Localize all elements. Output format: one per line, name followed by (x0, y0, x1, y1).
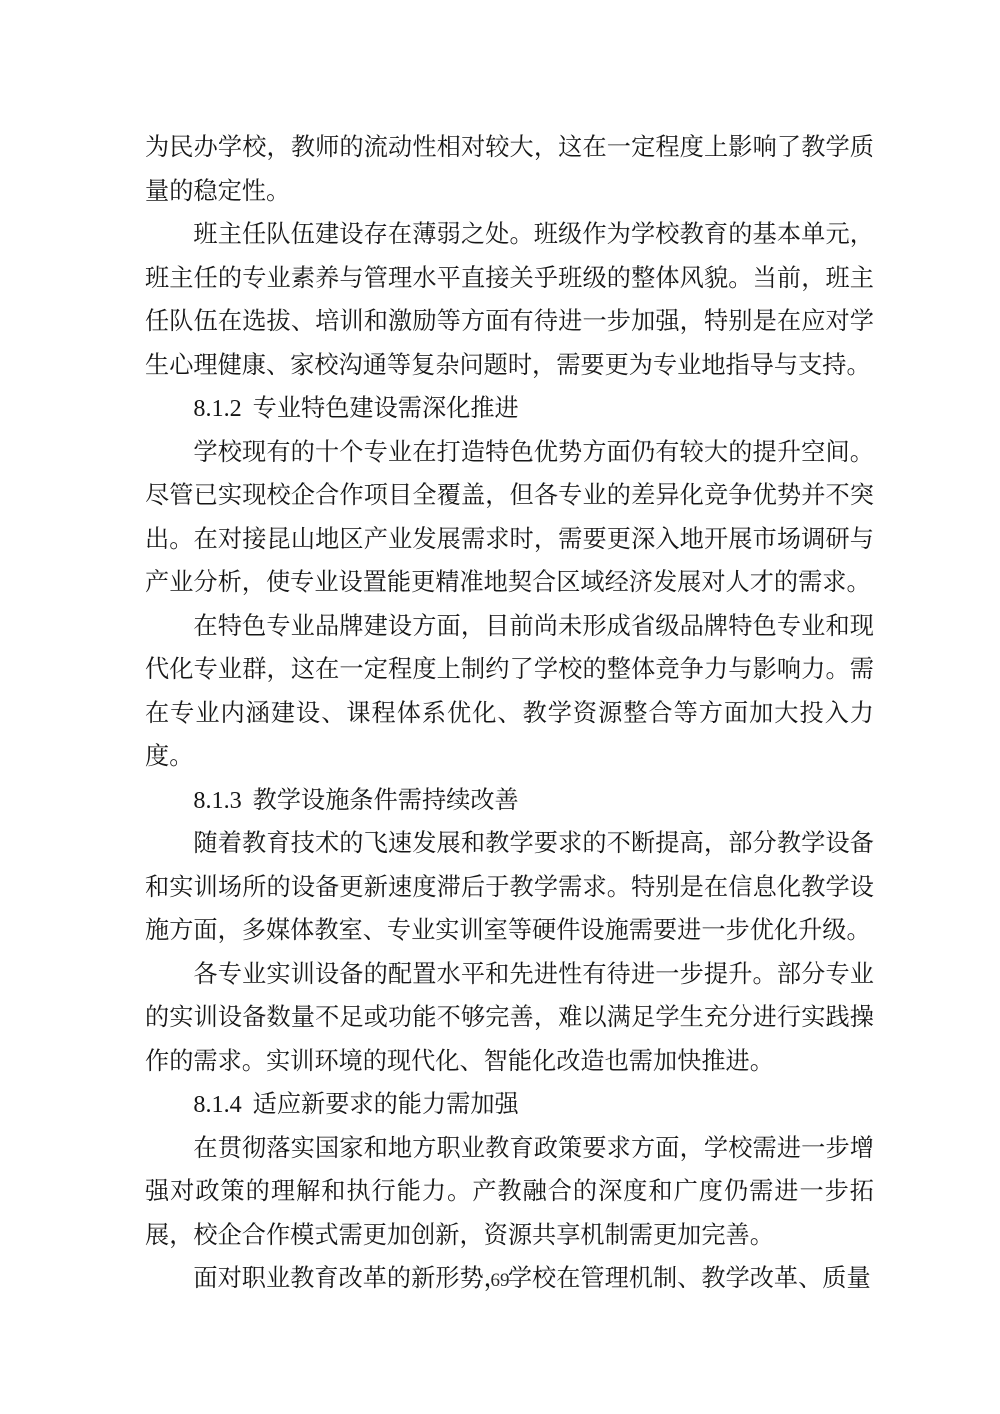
section-number: 8.1.4 (193, 1091, 241, 1118)
section-number: 8.1.3 (193, 787, 241, 814)
section-heading-8-1-2: 8.1.2专业特色建设需深化推进 (145, 387, 874, 431)
section-title: 适应新要求的能力需加强 (253, 1091, 519, 1118)
page-number: 69 (491, 1270, 510, 1291)
paragraph: 班主任队伍建设存在薄弱之处。班级作为学校教育的基本单元，班主任的专业素养与管理水… (145, 213, 874, 387)
section-heading-8-1-3: 8.1.3教学设施条件需持续改善 (145, 779, 874, 823)
paragraph: 随着教育技术的飞速发展和教学要求的不断提高，部分教学设备和实训场所的设备更新速度… (145, 822, 874, 953)
paragraph: 各专业实训设备的配置水平和先进性有待进一步提升。部分专业的实训设备数量不足或功能… (145, 953, 874, 1084)
section-heading-8-1-4: 8.1.4适应新要求的能力需加强 (145, 1083, 874, 1127)
page-footer: 69 (0, 1268, 1000, 1294)
document-page: 为民办学校，教师的流动性相对较大，这在一定程度上影响了教学质量的稳定性。 班主任… (0, 0, 1000, 1414)
paragraph: 在贯彻落实国家和地方职业教育政策要求方面，学校需进一步增强对政策的理解和执行能力… (145, 1127, 874, 1258)
paragraph: 学校现有的十个专业在打造特色优势方面仍有较大的提升空间。尽管已实现校企合作项目全… (145, 431, 874, 605)
paragraph-continuation: 为民办学校，教师的流动性相对较大，这在一定程度上影响了教学质量的稳定性。 (145, 126, 874, 213)
section-title: 专业特色建设需深化推进 (253, 395, 519, 422)
section-title: 教学设施条件需持续改善 (253, 787, 519, 814)
section-number: 8.1.2 (193, 395, 241, 422)
paragraph: 在特色专业品牌建设方面，目前尚未形成省级品牌特色专业和现代化专业群，这在一定程度… (145, 605, 874, 779)
page-content: 为民办学校，教师的流动性相对较大，这在一定程度上影响了教学质量的稳定性。 班主任… (145, 126, 874, 1301)
